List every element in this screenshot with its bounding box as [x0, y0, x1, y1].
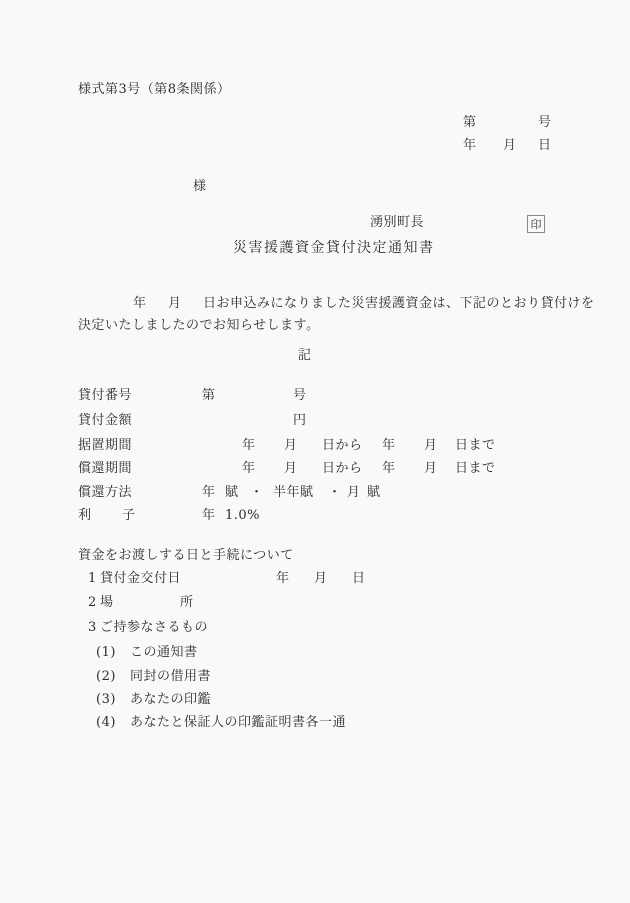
bring-item-2-no: (2): [96, 669, 116, 685]
repayment-method-semiannual: 半年賦: [273, 485, 314, 501]
bring-item-4-text: あなたと保証人の印鑑証明書各一通: [130, 715, 346, 731]
date-year-label: 年: [463, 138, 477, 154]
repayment-method-annual2: 賦: [225, 485, 239, 501]
body-line1-month: 月: [168, 296, 182, 312]
procedure-item1-month: 月: [314, 571, 328, 587]
repayment-method-dot2: ・: [328, 485, 342, 501]
seal-box: 印: [527, 215, 545, 233]
body-line1-year: 年: [133, 296, 147, 312]
procedure-item3-no: 3: [88, 620, 97, 636]
grace-period-y2: 年: [382, 438, 396, 454]
repayment-period-m1: 月: [284, 461, 298, 477]
doc-number-dai: 第: [463, 115, 477, 131]
repayment-period-d2: 日まで: [455, 461, 496, 477]
repayment-method-annual: 年: [202, 485, 216, 501]
repayment-period-y1: 年: [242, 461, 256, 477]
bring-item-3-no: (3): [96, 692, 116, 708]
bring-item-2-text: 同封の借用書: [130, 669, 211, 685]
loan-amount-yen: 円: [293, 413, 307, 429]
form-number: 様式第3号（第8条関係）: [78, 82, 231, 98]
grace-period-d1: 日から: [322, 438, 363, 454]
document-page: 様式第3号（第8条関係） 第 号 年 月 日 様 湧別町長 印 災害援護資金貸付…: [0, 0, 630, 903]
bring-item-3-text: あなたの印鑑: [130, 692, 211, 708]
interest-year: 年: [202, 508, 216, 524]
grace-period-m1: 月: [284, 438, 298, 454]
interest-label-1: 利: [78, 508, 92, 524]
procedure-item2-label2: 所: [180, 595, 194, 611]
date-month-label: 月: [503, 138, 517, 154]
bring-item-1-text: この通知書: [130, 645, 198, 661]
procedure-item1-no: 1: [88, 571, 97, 587]
loan-amount-label: 貸付金額: [78, 413, 132, 429]
procedure-item2-label1: 場: [100, 595, 114, 611]
grace-period-d2: 日まで: [455, 438, 496, 454]
procedure-item2-no: 2: [88, 595, 97, 611]
repayment-period-label: 償還期間: [78, 461, 132, 477]
procedure-item3-label: ご持参なさるもの: [100, 620, 208, 636]
procedure-item1-label: 貸付金交付日: [100, 571, 181, 587]
record-marker: 記: [298, 348, 312, 364]
interest-rate: 1.0%: [225, 508, 260, 524]
doc-number-go: 号: [538, 115, 552, 131]
grace-period-m2: 月: [424, 438, 438, 454]
procedure-item1-year: 年: [276, 571, 290, 587]
loan-number-label: 貸付番号: [78, 388, 132, 404]
loan-number-dai: 第: [202, 388, 216, 404]
repayment-method-monthly: 月: [347, 485, 361, 501]
issuer-title: 湧別町長: [370, 215, 424, 231]
seal-label: 印: [531, 216, 542, 232]
loan-number-go: 号: [293, 388, 307, 404]
grace-period-label: 据置期間: [78, 438, 132, 454]
repayment-method-monthly2: 賦: [367, 485, 381, 501]
repayment-period-m2: 月: [424, 461, 438, 477]
repayment-method-label: 償還方法: [78, 485, 132, 501]
body-line1-rest: 日お申込みになりました災害援護資金は、下記のとおり貸付けを: [203, 296, 595, 312]
repayment-period-d1: 日から: [322, 461, 363, 477]
procedure-item1-day: 日: [352, 571, 366, 587]
procedure-heading: 資金をお渡しする日と手続について: [78, 548, 294, 564]
grace-period-y1: 年: [242, 438, 256, 454]
bring-item-1-no: (1): [96, 645, 116, 661]
repayment-method-dot1: ・: [250, 485, 264, 501]
bring-item-4-no: (4): [96, 715, 116, 731]
repayment-period-y2: 年: [382, 461, 396, 477]
interest-label-2: 子: [122, 508, 136, 524]
document-title: 災害援護資金貸付決定通知書: [233, 240, 435, 256]
addressee-honorific: 様: [193, 179, 207, 195]
date-day-label: 日: [538, 138, 552, 154]
body-line2: 決定いたしましたのでお知らせします。: [78, 318, 320, 334]
